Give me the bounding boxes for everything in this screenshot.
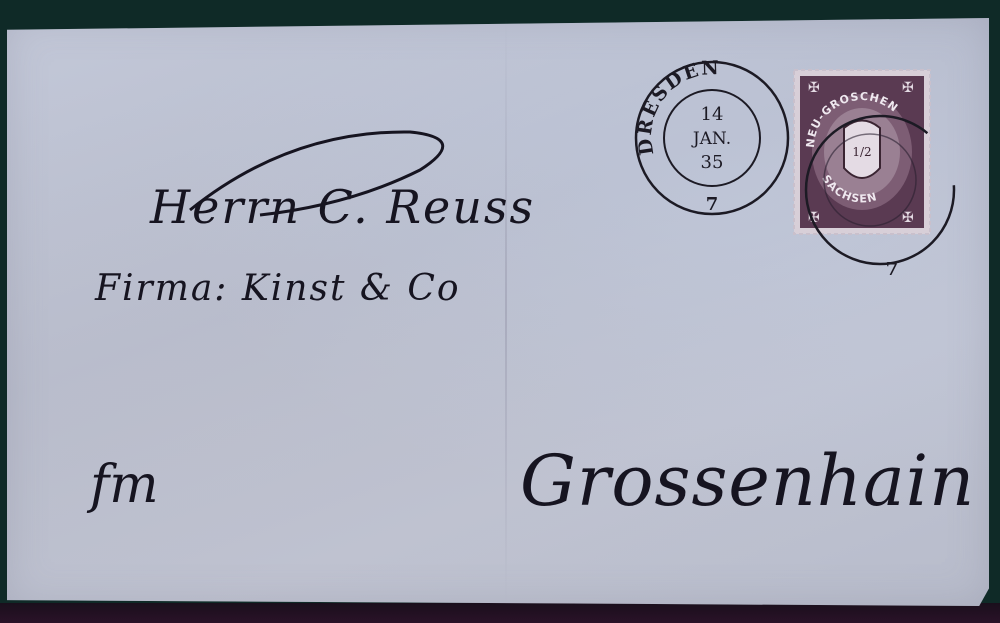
address-firm: Firma: Kinst & Co (95, 268, 461, 309)
postmark-day: 14 (701, 104, 724, 125)
postmark-number: 7 (706, 194, 719, 215)
background-bottom-edge (0, 603, 1000, 623)
address-city: Grossenhain (520, 440, 975, 522)
cancel-number: 7 (886, 259, 899, 280)
stamp-corner-ornament-icon: ✠ (902, 80, 914, 96)
stamp-cancellation-postmark: 7 (800, 110, 970, 285)
stamp-corner-ornament-icon: ✠ (808, 80, 820, 96)
paper-fold-line (505, 18, 507, 606)
postmark-time: 35 (701, 152, 724, 173)
address-recipient: Herrn C. Reuss (150, 180, 535, 234)
address-prefix: fm (90, 455, 159, 515)
postmark-month: JAN. (691, 129, 731, 149)
dresden-postmark: DRESDEN 14 JAN. 35 7 (632, 58, 792, 218)
